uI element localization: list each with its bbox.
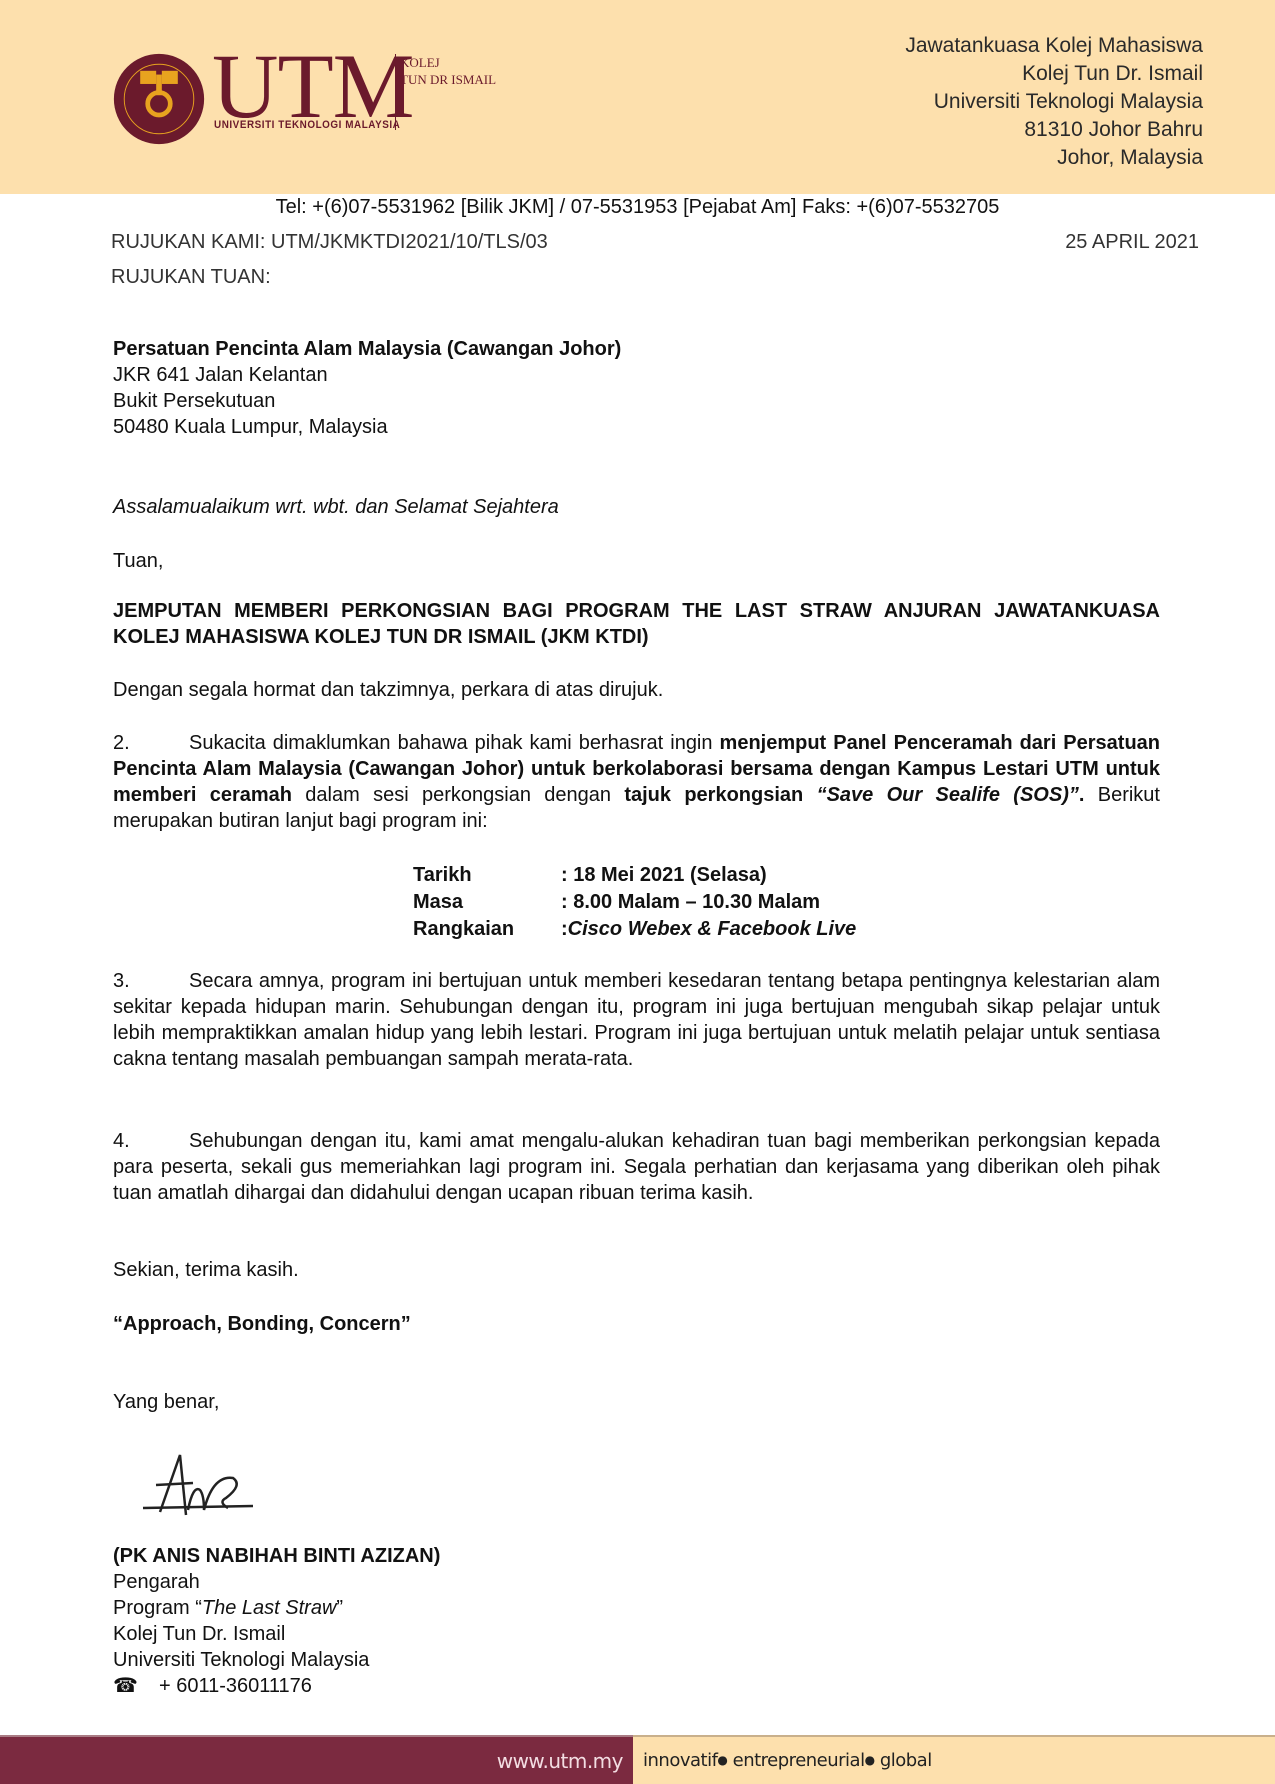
detail-label: Rangkaian — [413, 916, 561, 943]
detail-value: : — [561, 916, 568, 943]
phone-number: + 6011-36011176 — [159, 1675, 312, 1697]
detail-value-italic: Cisco Webex & Facebook Live — [568, 916, 857, 943]
recipient-line: JKR 641 Jalan Kelantan — [113, 362, 1160, 388]
paragraph-2: 2.Sukacita dimaklumkan bahawa pihak kami… — [113, 730, 1160, 834]
address-line: Johor, Malaysia — [905, 144, 1203, 172]
text: ” — [336, 1597, 343, 1619]
our-reference: RUJUKAN KAMI: UTM/JKMKTDI2021/10/TLS/03 — [111, 231, 548, 254]
text: Sukacita dimaklumkan bahawa pihak kami b… — [189, 732, 720, 754]
signatory-college: Kolej Tun Dr. Ismail — [113, 1621, 1160, 1647]
kolej-line-1: KOLEJ — [400, 54, 496, 71]
detail-value: : 18 Mei 2021 (Selasa) — [561, 862, 767, 889]
letter-date: 25 APRIL 2021 — [1065, 231, 1199, 254]
signatory-program: Program “The Last Straw” — [113, 1595, 1160, 1621]
paragraph-4: 4.Sehubungan dengan itu, kami amat menga… — [113, 1128, 1160, 1206]
address-line: Kolej Tun Dr. Ismail — [905, 60, 1203, 88]
tagline-word: global — [880, 1750, 932, 1771]
detail-row-network: Rangkaian : Cisco Webex & Facebook Live — [413, 916, 856, 943]
contact-line: Tel: +(6)07-5531962 [Bilik JKM] / 07-553… — [0, 196, 1275, 219]
recipient-line: Bukit Persekutuan — [113, 388, 1160, 414]
utm-seal-logo — [112, 52, 206, 146]
bold-text: tajuk perkongsian — [624, 784, 816, 806]
detail-row-date: Tarikh : 18 Mei 2021 (Selasa) — [413, 862, 856, 889]
motto: “Approach, Bonding, Concern” — [113, 1311, 1160, 1337]
paragraph-number: 4. — [113, 1128, 189, 1154]
signatory-title: Pengarah — [113, 1569, 1160, 1595]
address-line: 81310 Johor Bahru — [905, 116, 1203, 144]
detail-row-time: Masa : 8.00 Malam – 10.30 Malam — [413, 889, 856, 916]
address-line: Universiti Teknologi Malaysia — [905, 88, 1203, 116]
footer-tagline: innovatif● entrepreneurial● global — [643, 1750, 932, 1771]
program-details: Tarikh : 18 Mei 2021 (Selasa) Masa : 8.0… — [413, 862, 856, 943]
tagline-word: entrepreneurial — [733, 1750, 865, 1771]
recipient-name: Persatuan Pencinta Alam Malaysia (Cawang… — [113, 336, 1160, 362]
subject-heading: JEMPUTAN MEMBERI PERKONGSIAN BAGI PROGRA… — [113, 598, 1160, 650]
sender-address: Jawatankuasa Kolej Mahasiswa Kolej Tun D… — [905, 32, 1203, 172]
website-link[interactable]: www.utm.my — [497, 1749, 623, 1773]
signatory-phone: ☎+ 6011-36011176 — [113, 1673, 1160, 1699]
signatory-name: (PK ANIS NABIHAH BINTI AZIZAN) — [113, 1543, 1160, 1569]
kolej-label: KOLEJ TUN DR ISMAIL — [400, 54, 496, 88]
text: dalam sesi perkongsian dengan — [292, 784, 624, 806]
greeting: Assalamualaikum wrt. wbt. dan Selamat Se… — [113, 494, 1160, 520]
footer-left-band: www.utm.my — [0, 1735, 633, 1784]
program-name: The Last Straw — [202, 1597, 337, 1619]
letterhead: UTM UNIVERSITI TEKNOLOGI MALAYSIA KOLEJ … — [0, 0, 1275, 194]
paragraph-3: 3.Secara amnya, program ini bertujuan un… — [113, 968, 1160, 1072]
signatory-university: Universiti Teknologi Malaysia — [113, 1647, 1160, 1673]
sign-off: Yang benar, — [113, 1389, 1160, 1415]
recipient-block: Persatuan Pencinta Alam Malaysia (Cawang… — [113, 336, 1160, 440]
paragraph-number: 2. — [113, 730, 189, 756]
detail-label: Masa — [413, 889, 561, 916]
text: Secara amnya, program ini bertujuan untu… — [113, 970, 1160, 1070]
bullet-icon: ● — [865, 1753, 875, 1767]
kolej-line-2: TUN DR ISMAIL — [400, 71, 496, 88]
detail-label: Tarikh — [413, 862, 561, 889]
utm-logo-subtitle: UNIVERSITI TEKNOLOGI MALAYSIA — [214, 119, 400, 131]
paragraph-number: 3. — [113, 968, 189, 994]
signatory-block: (PK ANIS NABIHAH BINTI AZIZAN) Pengarah … — [113, 1543, 1160, 1699]
phone-icon: ☎ — [113, 1673, 159, 1699]
text: Program “ — [113, 1597, 202, 1619]
signature — [138, 1450, 258, 1520]
program-title: “Save Our Sealife (SOS)” — [817, 784, 1079, 806]
recipient-line: 50480 Kuala Lumpur, Malaysia — [113, 414, 1160, 440]
your-reference: RUJUKAN TUAN: — [111, 266, 271, 289]
salutation: Tuan, — [113, 548, 1160, 574]
intro-paragraph: Dengan segala hormat dan takzimnya, perk… — [113, 677, 1160, 703]
address-line: Jawatankuasa Kolej Mahasiswa — [905, 32, 1203, 60]
footer-right-band: innovatif● entrepreneurial● global — [633, 1735, 1275, 1784]
detail-value: : 8.00 Malam – 10.30 Malam — [561, 889, 820, 916]
text: Sehubungan dengan itu, kami amat mengalu… — [113, 1130, 1160, 1204]
tagline-word: innovatif — [643, 1750, 717, 1771]
bullet-icon: ● — [717, 1753, 727, 1767]
logo-divider — [395, 54, 396, 130]
closing: Sekian, terima kasih. — [113, 1257, 1160, 1283]
